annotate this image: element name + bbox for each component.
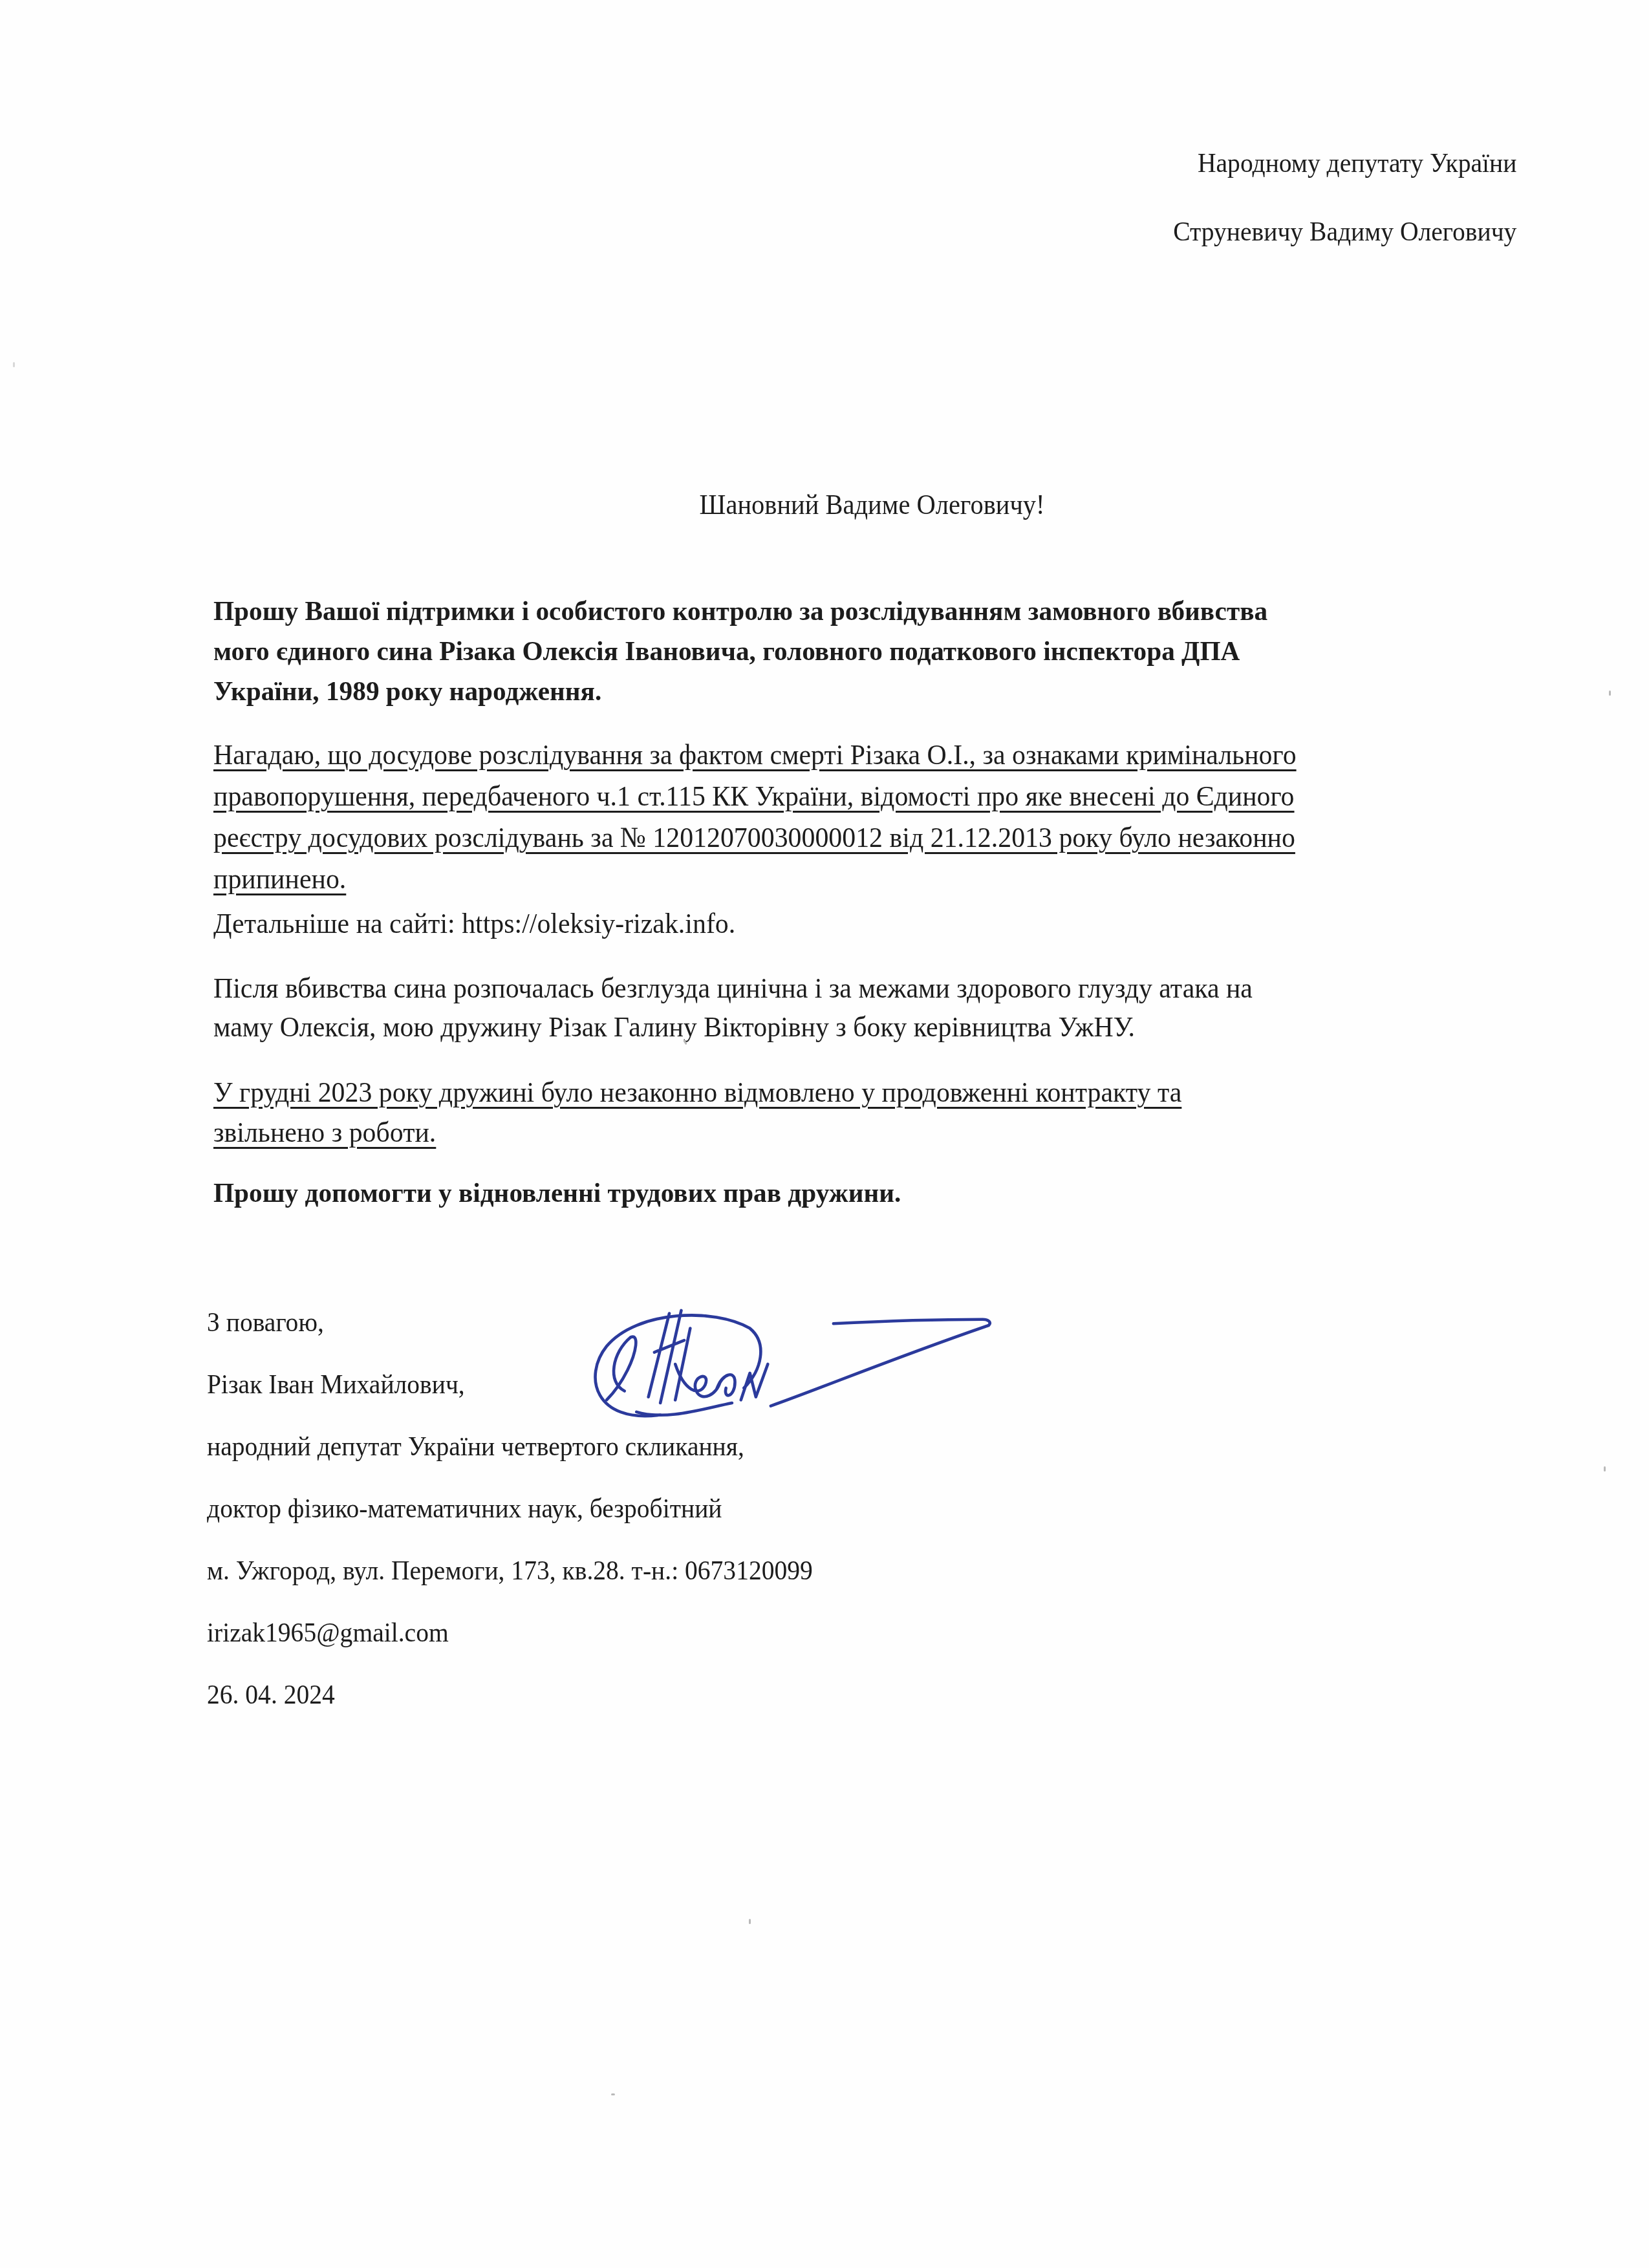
addressee-name: Струневичу Вадиму Олеговичу (1173, 198, 1516, 266)
paragraph-dismissal: У грудні 2023 року дружині було незаконн… (213, 1072, 1434, 1152)
paragraph-reminder: Нагадаю, що досудове розслідування за фа… (213, 734, 1434, 899)
website-text: Детальніше на сайті: https://oleksiy-riz… (213, 904, 1434, 943)
handwritten-signature (553, 1287, 1018, 1442)
letter-date: 26. 04. 2024 (207, 1664, 813, 1726)
salutation: Шановний Вадиме Олеговичу! (66, 488, 1583, 521)
text-line: мого єдиного сина Різака Олексія Іванови… (213, 632, 1474, 672)
paragraph-request-support: Прошу Вашої підтримки і особистого контр… (213, 592, 1526, 712)
signer-address: м. Ужгород, вул. Перемоги, 173, кв.28. т… (207, 1540, 813, 1602)
paragraph-request-help: Прошу допомогти у відновленні трудових п… (213, 1173, 1526, 1214)
text-line: Після вбивства сина розпочалась безглузд… (213, 968, 1434, 1007)
text-line: У грудні 2023 року дружині було незаконн… (213, 1072, 1434, 1112)
text-line: правопорушення, передбаченого ч.1 ст.115… (213, 775, 1434, 817)
text-line: маму Олексія, мою дружину Різак Галину В… (213, 1007, 1434, 1046)
text-line: реєстру досудових розслідувань за № 1201… (213, 817, 1434, 858)
signer-degree: доктор фізико-математичних наук, безробі… (207, 1478, 813, 1540)
signer-email: irizak1965@gmail.com (207, 1602, 813, 1664)
paragraph-website: Детальніше на сайті: https://oleksiy-riz… (213, 904, 1434, 943)
letter-page: Народному депутату України Струневичу Ва… (0, 0, 1649, 2268)
text-line: звільнено з роботи. (213, 1112, 1434, 1152)
text-line: України, 1989 року народження. (213, 672, 1474, 712)
paragraph-attack: Після вбивства сина розпочалась безглузд… (213, 968, 1434, 1046)
text-line: Прошу допомогти у відновленні трудових п… (213, 1173, 1474, 1214)
addressee-position: Народному депутату України (1173, 129, 1516, 198)
addressee-block: Народному депутату України Струневичу Ва… (1173, 129, 1516, 266)
text-line: Нагадаю, що досудове розслідування за фа… (213, 734, 1434, 775)
text-line: припинено. (213, 858, 1434, 899)
text-line: Прошу Вашої підтримки і особистого контр… (213, 592, 1474, 632)
